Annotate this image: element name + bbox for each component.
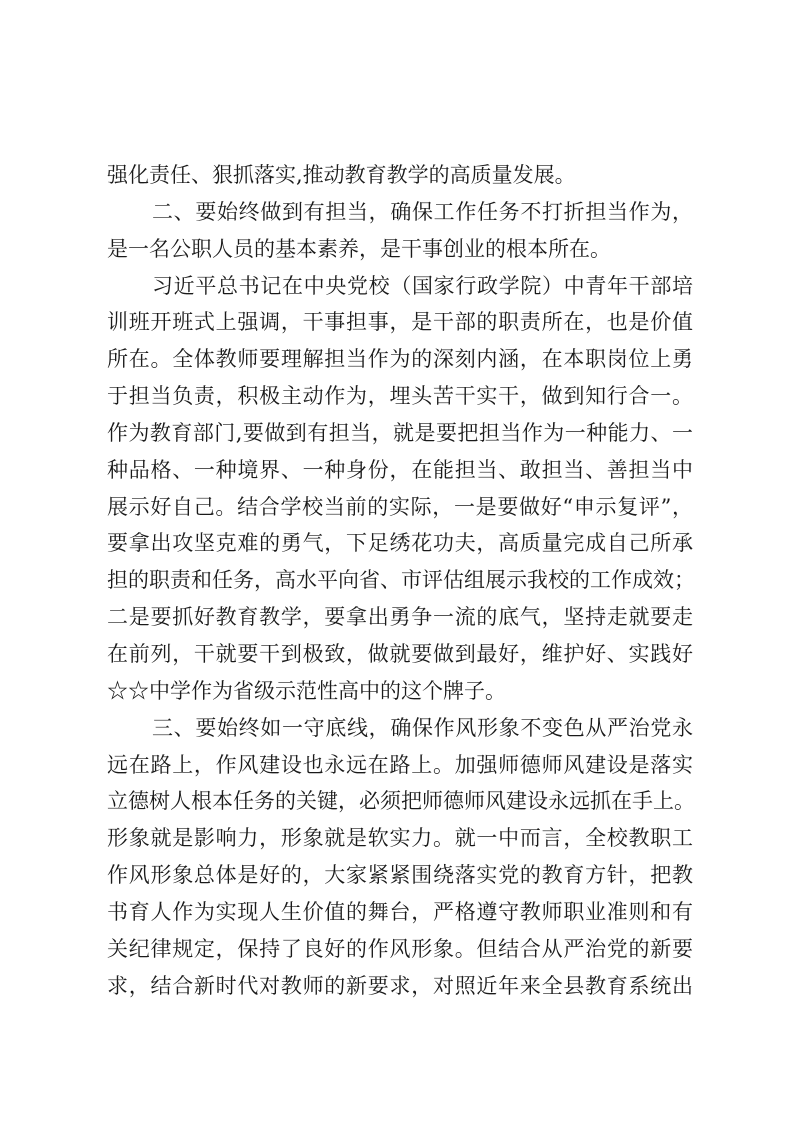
text-line: ☆☆中学作为省级示范性高中的这个牌子。 [107, 673, 693, 710]
text-line: 要拿出攻坚克难的勇气，下足绣花功夫，高质量完成自己所承 [107, 525, 693, 562]
section-heading-2: 二、要始终做到有担当，确保工作任务不打折担当作为， [107, 194, 693, 231]
text-line: 在前列，干就要干到极致，做就要做到最好，维护好、实践好 [107, 636, 693, 673]
text-line: 展示好自己。结合学校当前的实际，一是要做好“申示复评”， [107, 489, 693, 526]
text-line: 形象就是影响力，形象就是软实力。就一中而言，全校教职工 [107, 820, 693, 857]
text-line: 作风形象总体是好的，大家紧紧围绕落实党的教育方针，把教 [107, 857, 693, 894]
paragraph-start: 习近平总书记在中央党校（国家行政学院）中青年干部培 [107, 268, 693, 305]
text-line: 担的职责和任务，高水平向省、市评估组展示我校的工作成效； [107, 562, 693, 599]
document-page: 强化责任、狠抓落实,推动教育教学的高质量发展。 二、要始终做到有担当，确保工作任… [0, 0, 793, 1122]
document-body: 强化责任、狠抓落实,推动教育教学的高质量发展。 二、要始终做到有担当，确保工作任… [107, 157, 693, 1004]
text-line: 求，结合新时代对教师的新要求，对照近年来全县教育系统出 [107, 968, 693, 1005]
text-line: 远在路上，作风建设也永远在路上。加强师德师风建设是落实 [107, 747, 693, 784]
text-line: 关纪律规定，保持了良好的作风形象。但结合从严治党的新要 [107, 931, 693, 968]
text-line: 种品格、一种境界、一种身份，在能担当、敢担当、善担当中 [107, 452, 693, 489]
text-line: 立德树人根本任务的关键，必须把师德师风建设永远抓在手上。 [107, 783, 693, 820]
text-line: 作为教育部门,要做到有担当，就是要把担当作为一种能力、一 [107, 415, 693, 452]
section-heading-3: 三、要始终如一守底线，确保作风形象不变色从严治党永 [107, 710, 693, 747]
text-line: 二是要抓好教育教学，要拿出勇争一流的底气，坚持走就要走 [107, 599, 693, 636]
text-line: 是一名公职人员的基本素养，是干事创业的根本所在。 [107, 231, 693, 268]
text-line: 于担当负责，积极主动作为，埋头苦干实干，做到知行合一。 [107, 378, 693, 415]
text-line: 所在。全体教师要理解担当作为的深刻内涵，在本职岗位上勇 [107, 341, 693, 378]
text-line: 强化责任、狠抓落实,推动教育教学的高质量发展。 [107, 157, 693, 194]
text-line: 训班开班式上强调，干事担事，是干部的职责所在，也是价值 [107, 304, 693, 341]
text-line: 书育人作为实现人生价值的舞台，严格遵守教师职业准则和有 [107, 894, 693, 931]
